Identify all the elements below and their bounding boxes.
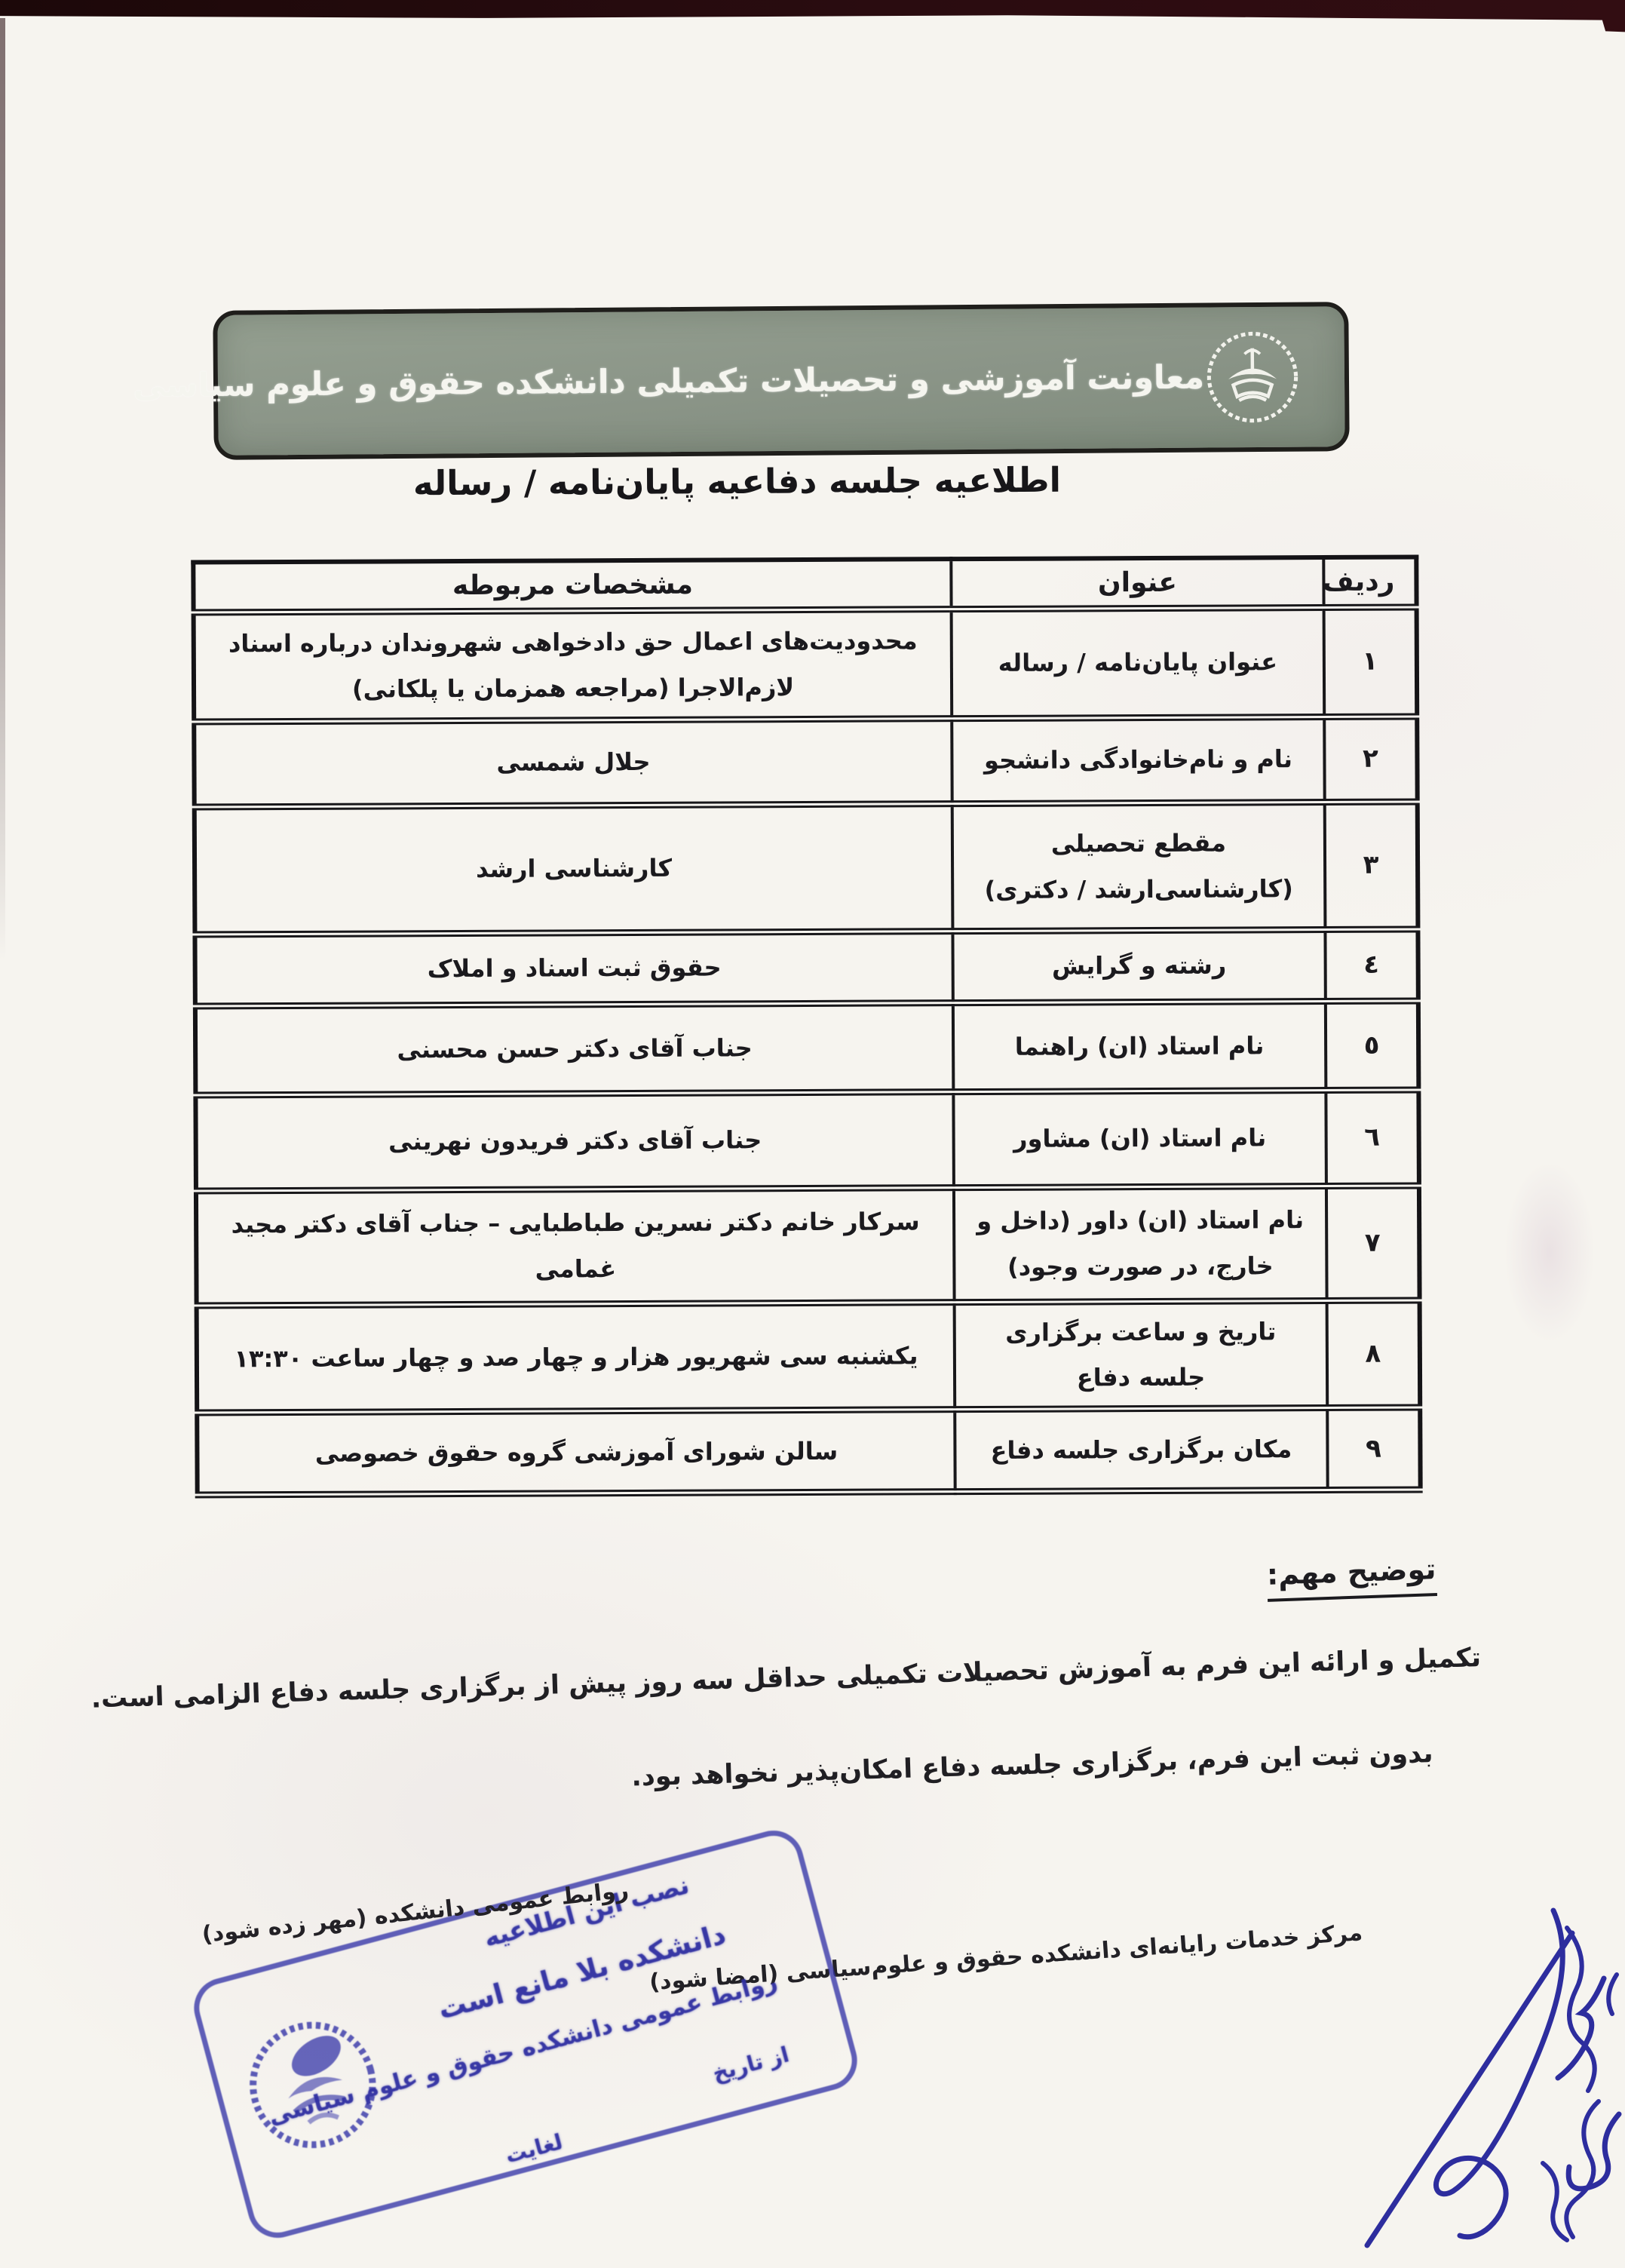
- row-label-cell: مکان برگزاری جلسه دفاع: [955, 1408, 1327, 1492]
- stamp-line-until: لغایت: [503, 2129, 566, 2168]
- row-label-cell: نام استاد (ان) مشاور: [953, 1090, 1326, 1187]
- row-label-cell: عنوان پایان‌نامه / رساله: [952, 607, 1325, 718]
- scan-edge-top: [0, 0, 1625, 35]
- table-row: ٥ نام استاد (ان) راهنما جناب آقای دکتر ح…: [195, 1000, 1418, 1094]
- department-banner: معاونت آموزشی و تحصیلات تکمیلی دانشکده ح…: [213, 302, 1350, 460]
- row-value-cell: سرکار خانم دکتر نسرین طباطبایی – جناب آق…: [196, 1187, 955, 1305]
- table-row: ٦ نام استاد (ان) مشاور جناب آقای دکتر فر…: [195, 1089, 1419, 1190]
- row-number-cell: ۷: [1326, 1185, 1420, 1300]
- row-number-cell: ۳: [1325, 801, 1418, 929]
- table-row: ۱ عنوان پایان‌نامه / رساله محدودیت‌های ا…: [194, 606, 1418, 721]
- row-number-cell: ٥: [1326, 1000, 1419, 1090]
- row-label-cell: نام استاد (ان) راهنما: [953, 1001, 1326, 1091]
- row-value-cell: جناب آقای دکتر فریدون نهرینی: [195, 1091, 954, 1190]
- table-row: ٤ رشته و گرایش حقوق ثبت اسناد و املاک: [195, 928, 1418, 1005]
- header-details: مشخصات مربوطه: [193, 559, 951, 612]
- row-label-cell: رشته و گرایش: [952, 929, 1325, 1002]
- row-value-cell: کارشناسی ارشد: [195, 803, 953, 934]
- row-label-cell: نام و نام‌خانوادگی دانشجو: [952, 717, 1324, 803]
- table-header-row: ردیف عنوان مشخصات مربوطه: [193, 557, 1416, 612]
- row-number-cell: ۱: [1324, 606, 1418, 717]
- university-emblem-icon: [1203, 329, 1301, 426]
- table-row: ۳ مقطع تحصیلی (کارشناسی‌ارشد / دکتری) کا…: [195, 801, 1418, 934]
- row-value-cell: جناب آقای دکتر حسن محسنی: [195, 1002, 954, 1094]
- row-value-cell: محدودیت‌های اعمال حق دادخواهی شهروندان د…: [194, 609, 952, 721]
- note-line-2: بدون ثبت این فرم، برگزاری جلسه دفاع امکا…: [630, 1739, 1433, 1793]
- row-number-cell: ٤: [1325, 928, 1418, 1001]
- defense-info-table: ردیف عنوان مشخصات مربوطه ۱ عنوان پایان‌ن…: [191, 554, 1422, 1498]
- row-value-cell: یکشنبه سی شهریور هزار و چهار صد و چهار س…: [197, 1302, 955, 1413]
- scan-smudge: [1504, 1162, 1595, 1343]
- row-value-cell: سالن شورای آموزشی گروه حقوق خصوصی: [197, 1410, 955, 1495]
- header-title: عنوان: [951, 557, 1323, 609]
- handwritten-margin-note-icon: [1522, 1914, 1625, 2268]
- row-number-cell: ۸: [1327, 1300, 1421, 1407]
- note-line-1: تکمیل و ارائه این فرم به آموزش تحصیلات ت…: [90, 1643, 1481, 1714]
- row-value-cell: جلال شمسی: [194, 718, 952, 806]
- page-title: اطلاعیه جلسه دفاعیه پایان‌نامه / رساله: [0, 458, 1474, 505]
- row-value-cell: حقوق ثبت اسناد و املاک: [195, 931, 952, 1005]
- banner-title: معاونت آموزشی و تحصیلات تکمیلی دانشکده ح…: [110, 359, 1204, 405]
- row-label-cell: نام استاد (ان) داور (داخل و خارج، در صور…: [954, 1186, 1327, 1302]
- note-heading: توضیح مهم:: [1267, 1552, 1437, 1602]
- scanned-document-page: معاونت آموزشی و تحصیلات تکمیلی دانشکده ح…: [0, 0, 1625, 2268]
- table-row: ۷ نام استاد (ان) داور (داخل و خارج، در ص…: [196, 1185, 1420, 1305]
- table-row: ۲ نام و نام‌خانوادگی دانشجو جلال شمسی: [194, 716, 1417, 806]
- header-row-number: ردیف: [1323, 557, 1416, 607]
- table-row: ۸ تاریخ و ساعت برگزاری جلسه دفاع یکشنبه …: [197, 1300, 1421, 1413]
- row-number-cell: ۲: [1324, 716, 1417, 802]
- stamp-line-from-date: از تاریخ: [710, 2042, 792, 2086]
- row-number-cell: ٦: [1326, 1089, 1419, 1186]
- row-number-cell: ۹: [1327, 1407, 1420, 1490]
- row-label-cell: مقطع تحصیلی (کارشناسی‌ارشد / دکتری): [952, 802, 1326, 931]
- row-label-cell: تاریخ و ساعت برگزاری جلسه دفاع: [955, 1300, 1328, 1410]
- table-row: ۹ مکان برگزاری جلسه دفاع سالن شورای آموز…: [197, 1407, 1420, 1495]
